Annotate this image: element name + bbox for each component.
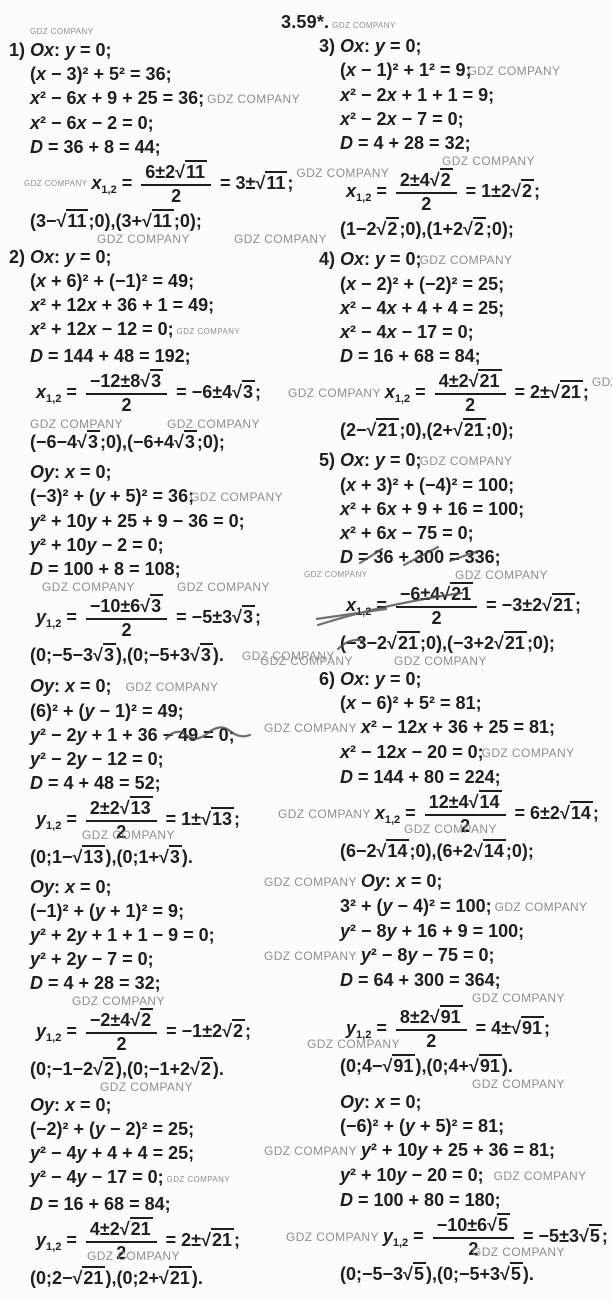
fraction: −10±6√32 <box>86 596 167 640</box>
watermark: GDZ COMPANY <box>30 26 93 38</box>
radical: √21 <box>201 1228 234 1250</box>
math-line: (x − 1)² + 1² = 9;GDZ COMPANY <box>322 58 610 83</box>
math-expression: (3−√11;0),(3+√11;0); <box>30 209 202 231</box>
solution-column-right: 3)Ox: y = 0;(x − 1)² + 1² = 9;GDZ COMPAN… <box>322 34 610 1286</box>
math-line: x² + 6x + 9 + 16 = 100; <box>322 497 610 521</box>
fraction-numerator: 12±4√14 <box>425 792 506 816</box>
fraction-denominator: 2 <box>396 194 457 214</box>
watermark-row: GDZ COMPANYGDZ COMPANY <box>322 569 610 581</box>
fraction-numerator: −12±8√3 <box>86 371 167 395</box>
math-line: (−2)² + (y − 2)² = 25; <box>12 1117 304 1141</box>
math-line: GDZ COMPANYx1,2 = 12±4√142 = 6±2√14;GDZ … <box>322 789 610 839</box>
fraction-numerator: 2±2√13 <box>86 798 157 822</box>
math-line: (6−2√14;0),(6+2√14;0); <box>322 839 610 863</box>
math-line: D = 36 + 300 = 336; <box>322 545 610 569</box>
math-expression: y² + 10y + 25 + 36 = 81; <box>361 1140 555 1160</box>
math-expression: D = 4 + 28 = 32; <box>340 133 471 153</box>
radical: √13 <box>73 845 106 867</box>
watermark: GDZ COMPANY <box>278 804 371 825</box>
radical: √21 <box>550 380 583 402</box>
math-line: (0;2−√21),(0;2+√21). <box>12 1266 304 1290</box>
math-expression: x² − 12x − 20 = 0; <box>340 742 484 762</box>
item-number: 1) <box>9 38 25 62</box>
math-expression: x1,2 = 4±2√212 = 2±√21; <box>385 371 589 415</box>
fraction: −12±8√32 <box>86 371 167 415</box>
math-line: Oy: x = 0; <box>322 1090 610 1114</box>
fraction: 2±4√22 <box>396 170 457 214</box>
radical: √91 <box>511 1016 544 1038</box>
radical: √3 <box>174 430 197 452</box>
watermark: GDZ COMPANY <box>307 1034 400 1055</box>
item-number: 3) <box>319 34 335 58</box>
radical: √21 <box>542 593 575 615</box>
math-line: 3² + (y − 4)² = 100;GDZ COMPANY <box>322 894 610 919</box>
watermark: GDZ COMPANY <box>442 155 535 167</box>
math-line: (−3−2√21;0),(−3+2√21;0); <box>322 631 610 655</box>
radical: √2 <box>511 179 534 201</box>
math-line: D = 16 + 68 = 84; <box>12 1192 304 1216</box>
math-expression: x² + 12x + 36 + 1 = 49; <box>30 295 214 315</box>
watermark-row: GDZ COMPANYGDZ COMPANY <box>12 233 304 245</box>
radical: √11 <box>255 171 287 193</box>
math-line: y1,2 = 2±2√132 = 1±√13;GDZ COMPANY <box>12 795 304 845</box>
radical: √2 <box>222 1019 245 1041</box>
math-expression: y² + 10y − 2 = 0; <box>30 535 164 555</box>
math-line: D = 100 + 8 = 108; <box>12 557 304 581</box>
pen-scribble <box>352 543 512 569</box>
math-expression: x1,2 = −12±8√32 = −6±4√3; <box>36 371 261 415</box>
radical: √2 <box>190 1057 213 1079</box>
math-expression: y² − 8y + 16 + 9 = 100; <box>340 921 524 941</box>
math-line: D = 36 + 8 = 44; <box>12 135 304 159</box>
fraction: −2±4√22 <box>86 1010 157 1054</box>
math-expression: Ox: y = 0; <box>340 669 422 689</box>
math-expression: Ox: y = 0; <box>340 36 422 56</box>
watermark-row: GDZ COMPANY <box>322 992 610 1004</box>
item-heading: 6)Ox: y = 0; <box>322 667 610 691</box>
math-line: Oy: x = 0; <box>12 875 304 899</box>
math-expression: (0;1−√13),(0;1+√3). <box>30 845 193 867</box>
watermark: GDZ COMPANY <box>472 992 565 1004</box>
watermark: GDZ COMPANY <box>260 655 353 667</box>
fraction-numerator: −2±4√2 <box>86 1010 157 1034</box>
math-line: x1,2 = −12±8√32 = −6±4√3; <box>12 368 304 418</box>
pen-scribble <box>162 723 254 747</box>
math-line: GDZ COMPANYy1,2 = −10±6√52 = −5±3√5;GDZ … <box>322 1212 610 1262</box>
radical: √3 <box>190 643 213 665</box>
radical: √14 <box>473 839 506 861</box>
math-expression: D = 144 + 80 = 224; <box>340 767 501 787</box>
math-expression: x² + 6x + 9 + 16 = 100; <box>340 499 524 519</box>
math-line: (2−√21;0),(2+√21;0); <box>322 418 610 442</box>
math-expression: x1,2 = 6±2√112 = 3±√11; <box>91 162 293 206</box>
math-line: x1,2 = −6±4√212 = −3±2√21; <box>322 581 610 631</box>
math-line: y² + 10y + 25 + 9 − 36 = 0; <box>12 509 304 533</box>
math-line: (x + 3)² + (−4)² = 100; <box>322 473 610 497</box>
radical: √11 <box>57 209 89 231</box>
radical: √11 <box>142 209 174 231</box>
watermark: GDZ COMPANY <box>190 490 283 504</box>
math-expression: Oy: x = 0; <box>340 1092 422 1112</box>
math-line: GDZ COMPANYx1,2 = 6±2√112 = 3±√11;GDZ CO… <box>12 159 304 209</box>
math-expression: y² + 2y − 7 = 0; <box>30 949 154 969</box>
watermark-row: GDZ COMPANYGDZ COMPANY <box>12 418 304 430</box>
math-line: y² − 2y − 12 = 0; <box>12 747 304 771</box>
math-expression: (2−√21;0),(2+√21;0); <box>340 418 514 440</box>
watermark: GDZ COMPANY <box>264 949 357 963</box>
math-expression: (x − 2)² + (−2)² = 25; <box>340 274 504 294</box>
watermark: GDZ COMPANY <box>126 680 219 694</box>
math-line: (0;−5−3√5),(0;−5+3√5). <box>322 1262 610 1286</box>
fraction-numerator: −10±6√5 <box>433 1215 514 1239</box>
math-line: x² − 6x − 2 = 0; <box>12 111 304 135</box>
math-expression: x² − 4x − 17 = 0; <box>340 322 474 342</box>
math-line: (0;1−√13),(0;1+√3). <box>12 845 304 869</box>
math-line: Oy: x = 0;GDZ COMPANY <box>12 674 304 699</box>
math-expression: y² − 4y + 4 + 4 = 25; <box>30 1143 194 1163</box>
math-line: x1,2 = 2±4√22 = 1±2√2; <box>322 167 610 217</box>
math-line: GDZ COMPANYOy: x = 0; <box>322 869 610 894</box>
radical: √5 <box>403 1262 426 1284</box>
watermark-row: GDZ COMPANY <box>322 1078 610 1090</box>
radical: √91 <box>430 1005 463 1027</box>
radical: √2 <box>93 1057 116 1079</box>
watermark: GDZ COMPANY <box>24 172 87 196</box>
math-line: D = 4 + 28 = 32; <box>322 131 610 155</box>
math-line: (x − 3)² + 5² = 36; <box>12 62 304 86</box>
fraction-denominator: 2 <box>86 620 167 640</box>
math-line: (1−2√2;0),(1+2√2;0); <box>322 217 610 241</box>
math-line: D = 144 + 80 = 224; <box>322 765 610 789</box>
radical: √21 <box>387 631 420 653</box>
radical: √13 <box>201 807 234 829</box>
watermark: GDZ COMPANY <box>82 825 175 846</box>
radical: √13 <box>120 796 153 818</box>
watermark: GDZ COMPANY <box>420 454 513 468</box>
fraction-numerator: 4±2√21 <box>86 1219 157 1243</box>
math-expression: x² + 6x − 75 = 0; <box>340 523 474 543</box>
math-expression: Ox: y = 0; <box>340 450 422 470</box>
math-line: x² − 4x − 17 = 0; <box>322 320 610 344</box>
watermark: GDZ COMPANY <box>592 372 612 393</box>
math-expression: (6−2√14;0),(6+2√14;0); <box>340 839 534 861</box>
watermark: GDZ COMPANY <box>72 995 165 1007</box>
math-expression: D = 36 + 8 = 44; <box>30 137 161 157</box>
item-number: 2) <box>9 245 25 269</box>
math-expression: (x − 3)² + 5² = 36; <box>30 64 172 84</box>
math-line: GDZ COMPANYx1,2 = 4±2√212 = 2±√21;GDZ CO… <box>322 368 610 418</box>
math-line: (−6)² + (y + 5)² = 81; <box>322 1114 610 1138</box>
watermark: GDZ COMPANY <box>167 418 260 430</box>
math-expression: y² − 8y − 75 = 0; <box>361 945 495 965</box>
item-heading: 5)Ox: y = 0;GDZ COMPANY <box>322 448 610 473</box>
radical: √5 <box>579 1224 602 1246</box>
math-line: (0;−1−2√2),(0;−1+2√2). <box>12 1057 304 1081</box>
math-line: y² + 10y − 20 = 0;GDZ COMPANY <box>322 1163 610 1188</box>
math-line: x² − 2x − 7 = 0; <box>322 107 610 131</box>
watermark-row: GDZ COMPANY <box>12 995 304 1007</box>
math-expression: x1,2 = 2±4√22 = 1±2√2; <box>346 170 540 214</box>
math-expression: (x + 6)² + (−1)² = 49; <box>30 271 194 291</box>
math-expression: x² − 4x + 4 + 4 = 25; <box>340 298 504 318</box>
radical: √21 <box>120 1217 153 1239</box>
fraction-numerator: 4±2√21 <box>435 371 506 395</box>
math-expression: x² − 12x + 36 + 25 = 81; <box>361 717 555 737</box>
radical: √2 <box>130 1008 153 1030</box>
math-expression: D = 144 + 48 = 192; <box>30 346 191 366</box>
item-heading: 2)Ox: y = 0; <box>12 245 304 269</box>
math-line: (6)² + (y − 1)² = 49; <box>12 699 304 723</box>
radical: √21 <box>73 1266 106 1288</box>
math-expression: (0;−5−3√3),(0;−5+3√3). <box>30 643 224 665</box>
watermark: GDZ COMPANY <box>97 233 190 245</box>
radical: √2 <box>377 217 400 239</box>
fraction-denominator: 2 <box>86 1034 157 1054</box>
radical: √3 <box>232 605 255 627</box>
math-line: D = 64 + 300 = 364; <box>322 968 610 992</box>
math-expression: (x − 6)² + 5² = 81; <box>340 693 482 713</box>
math-line: D = 16 + 68 = 84; <box>322 344 610 368</box>
math-line: GDZ COMPANYx² − 12x + 36 + 25 = 81; <box>322 715 610 740</box>
math-line: (x + 6)² + (−1)² = 49; <box>12 269 304 293</box>
math-expression: (0;2−√21),(0;2+√21). <box>30 1266 203 1288</box>
math-expression: D = 4 + 48 = 52; <box>30 773 161 793</box>
watermark-row: GDZ COMPANY <box>12 26 304 38</box>
watermark: GDZ COMPANY <box>177 327 240 336</box>
fraction-denominator: 2 <box>435 395 506 415</box>
item-number: 4) <box>319 247 335 271</box>
math-line: x² + 12x − 12 = 0;GDZ COMPANY <box>12 317 304 344</box>
math-expression: (1−2√2;0),(1+2√2;0); <box>340 217 514 239</box>
math-expression: y² + 10y − 20 = 0; <box>340 1165 484 1185</box>
radical: √21 <box>494 631 527 653</box>
fraction-numerator: 2±4√2 <box>396 170 457 194</box>
math-expression: (−3)² + (y + 5)² = 36; <box>30 486 194 506</box>
math-expression: D = 16 + 68 = 84; <box>30 1194 171 1214</box>
watermark: GDZ COMPANY <box>264 875 357 889</box>
math-line: D = 144 + 48 = 192; <box>12 344 304 368</box>
math-expression: (−2)² + (y − 2)² = 25; <box>30 1119 194 1139</box>
watermark: GDZ COMPANY <box>42 581 135 593</box>
math-expression: D = 100 + 80 = 180; <box>340 1190 501 1210</box>
watermark: GDZ COMPANY <box>404 819 497 840</box>
math-expression: D = 64 + 300 = 364; <box>340 970 501 990</box>
radical: √3 <box>93 643 116 665</box>
math-expression: (−1)² + (y + 1)² = 9; <box>30 901 184 921</box>
math-line: x² + 6x − 75 = 0; <box>322 521 610 545</box>
math-expression: y² − 2y − 12 = 0; <box>30 749 164 769</box>
watermark: GDZ COMPANY <box>304 569 367 581</box>
math-line: y² + 10y − 2 = 0; <box>12 533 304 557</box>
item-heading: 1)Ox: y = 0; <box>12 38 304 62</box>
math-expression: (x − 1)² + 1² = 9; <box>340 60 472 80</box>
pen-scribble <box>316 583 466 633</box>
math-line: y² − 8y + 16 + 9 = 100; <box>322 919 610 943</box>
watermark: GDZ COMPANY <box>482 746 575 760</box>
radical: √14 <box>377 839 410 861</box>
watermark: GDZ COMPANY <box>264 1144 357 1158</box>
math-line: (0;4−√91),(0;4+√91). <box>322 1054 610 1078</box>
math-line: x² − 4x + 4 + 4 = 25; <box>322 296 610 320</box>
watermark: GDZ COMPANY <box>468 64 561 78</box>
watermark: GDZ COMPANY <box>177 581 270 593</box>
math-expression: x² − 2x + 1 + 1 = 9; <box>340 85 494 105</box>
radical: √3 <box>140 594 163 616</box>
radical: √3 <box>159 845 182 867</box>
radical: √5 <box>500 1262 523 1284</box>
fraction-numerator: 8±2√91 <box>396 1007 467 1031</box>
radical: √21 <box>469 369 502 391</box>
radical: √21 <box>159 1266 192 1288</box>
radical: √2 <box>430 168 453 190</box>
math-expression: y² + 2y + 1 + 1 − 9 = 0; <box>30 925 215 945</box>
watermark: GDZ COMPANY <box>207 92 300 106</box>
math-expression: (0;−5−3√5),(0;−5+3√5). <box>340 1262 534 1284</box>
math-line: (x − 6)² + 5² = 81; <box>322 691 610 715</box>
math-expression: (0;4−√91),(0;4+√91). <box>340 1054 513 1076</box>
item-heading: 4)Ox: y = 0;GDZ COMPANY <box>322 247 610 272</box>
math-line: Oy: x = 0; <box>12 1093 304 1117</box>
math-line: y² + 2y − 7 = 0; <box>12 947 304 971</box>
math-expression: Ox: y = 0; <box>340 249 422 269</box>
radical: √14 <box>469 790 502 812</box>
math-expression: y² + 10y + 25 + 9 − 36 = 0; <box>30 511 245 531</box>
math-expression: Oy: x = 0; <box>361 871 443 891</box>
math-line: y1,2 = 4±2√212 = 2±√21;GDZ COMPANY <box>12 1216 304 1266</box>
radical: √21 <box>367 418 400 440</box>
watermark: GDZ COMPANY <box>234 233 327 245</box>
math-expression: D = 100 + 8 = 108; <box>30 559 181 579</box>
math-line: D = 4 + 48 = 52; <box>12 771 304 795</box>
math-expression: x² − 6x + 9 + 25 = 36; <box>30 88 204 108</box>
watermark: GDZ COMPANY <box>495 900 588 914</box>
item-heading: 3)Ox: y = 0; <box>322 34 610 58</box>
math-line: D = 4 + 28 = 32; <box>12 971 304 995</box>
math-line: (−1)² + (y + 1)² = 9; <box>12 899 304 923</box>
radical: √91 <box>383 1054 416 1076</box>
math-expression: 3² + (y − 4)² = 100; <box>340 896 492 916</box>
fraction-numerator: 6±2√11 <box>141 162 211 186</box>
radical: √3 <box>77 430 100 452</box>
math-line: (3−√11;0),(3+√11;0); <box>12 209 304 233</box>
math-expression: Oy: x = 0; <box>30 676 112 696</box>
watermark: GDZ COMPANY <box>472 1078 565 1090</box>
math-expression: (−6−4√3;0),(−6+4√3;0); <box>30 430 225 452</box>
math-line: GDZ COMPANYy² − 8y − 75 = 0; <box>322 943 610 968</box>
fraction: 6±2√112 <box>141 162 211 206</box>
math-line: y² − 4y + 4 + 4 = 25; <box>12 1141 304 1165</box>
watermark: GDZ COMPANY <box>420 253 513 267</box>
math-expression: y² − 4y − 17 = 0; <box>30 1167 164 1187</box>
math-line: y² + 2y + 1 + 1 − 9 = 0; <box>12 923 304 947</box>
math-line: x² + 12x + 36 + 1 = 49; <box>12 293 304 317</box>
item-number: 6) <box>319 667 335 691</box>
watermark-row: GDZ COMPANYGDZ COMPANY <box>12 581 304 593</box>
watermark: GDZ COMPANY <box>100 1081 193 1093</box>
math-expression: (0;−1−2√2),(0;−1+2√2). <box>30 1057 224 1079</box>
fraction-denominator: 2 <box>141 186 211 206</box>
math-line: x² − 2x + 1 + 1 = 9; <box>322 83 610 107</box>
math-expression: Ox: y = 0; <box>30 40 112 60</box>
fraction: 4±2√212 <box>435 371 506 415</box>
math-expression: D = 4 + 28 = 32; <box>30 973 161 993</box>
pen-scribble <box>334 631 386 655</box>
math-line: (−6−4√3;0),(−6+4√3;0); <box>12 430 304 454</box>
math-line: (x − 2)² + (−2)² = 25; <box>322 272 610 296</box>
math-expression: (6)² + (y − 1)² = 49; <box>30 701 184 721</box>
watermark: GDZ COMPANY <box>167 1175 230 1184</box>
math-expression: Ox: y = 0; <box>30 247 112 267</box>
math-expression: x² − 2x − 7 = 0; <box>340 109 464 129</box>
fraction-numerator: −10±6√3 <box>86 596 167 620</box>
watermark: GDZ COMPANY <box>30 418 123 430</box>
watermark: GDZ COMPANY <box>264 721 357 735</box>
watermark: GDZ COMPANY <box>87 1246 180 1267</box>
math-expression: x² − 6x − 2 = 0; <box>30 113 154 133</box>
item-number: 5) <box>319 448 335 472</box>
radical: √2 <box>463 217 486 239</box>
fraction: 8±2√912 <box>396 1007 467 1051</box>
radical: √5 <box>487 1213 510 1235</box>
math-line: y² − 4y − 17 = 0;GDZ COMPANY <box>12 1165 304 1192</box>
math-line: Oy: x = 0; <box>12 460 304 484</box>
math-line: GDZ COMPANYy² + 10y + 25 + 36 = 81; <box>322 1138 610 1163</box>
math-line: x² − 12x − 20 = 0;GDZ COMPANY <box>322 740 610 765</box>
radical: √91 <box>469 1054 502 1076</box>
watermark: GDZ COMPANY <box>286 1227 379 1248</box>
math-line: y1,2 = −2±4√22 = −1±2√2; <box>12 1007 304 1057</box>
fraction-denominator: 2 <box>396 1031 467 1051</box>
math-line: y² − 2y + 1 + 36 − 49 = 0; <box>12 723 304 747</box>
watermark: GDZ COMPANY <box>472 1242 565 1263</box>
watermark-row: GDZ COMPANYGDZ COMPANY <box>322 655 610 667</box>
math-expression: (x + 3)² + (−4)² = 100; <box>340 475 514 495</box>
math-expression: (−6)² + (y + 5)² = 81; <box>340 1116 504 1136</box>
watermark: GDZ COMPANY <box>494 1169 587 1183</box>
watermark: GDZ COMPANY <box>394 655 487 667</box>
math-expression: D = 16 + 68 = 84; <box>340 346 481 366</box>
math-expression: Oy: x = 0; <box>30 1095 112 1115</box>
math-line: x² − 6x + 9 + 25 = 36;GDZ COMPANY <box>12 86 304 111</box>
fraction-denominator: 2 <box>86 395 167 415</box>
math-expression: Oy: x = 0; <box>30 877 112 897</box>
math-expression: Oy: x = 0; <box>30 462 112 482</box>
math-expression: x² + 12x − 12 = 0; <box>30 319 174 339</box>
watermark: GDZ COMPANY <box>332 21 395 30</box>
math-expression: y1,2 = −10±6√32 = −5±3√3; <box>36 596 261 640</box>
math-line: y1,2 = −10±6√32 = −5±3√3; <box>12 593 304 643</box>
radical: √3 <box>232 380 255 402</box>
math-line: D = 100 + 80 = 180; <box>322 1188 610 1212</box>
watermark-row: GDZ COMPANY <box>12 1081 304 1093</box>
watermark-row: GDZ COMPANY <box>322 155 610 167</box>
watermark: GDZ COMPANY <box>455 569 548 581</box>
watermark: GDZ COMPANY <box>288 383 381 404</box>
radical: √21 <box>453 418 486 440</box>
radical: √3 <box>140 369 163 391</box>
radical: √11 <box>175 160 207 182</box>
radical: √14 <box>560 801 593 823</box>
math-line: y1,2 = 8±2√912 = 4±√91;GDZ COMPANY <box>322 1004 610 1054</box>
math-expression: y1,2 = −2±4√22 = −1±2√2; <box>36 1010 251 1054</box>
math-line: (−3)² + (y + 5)² = 36;GDZ COMPANY <box>12 484 304 509</box>
